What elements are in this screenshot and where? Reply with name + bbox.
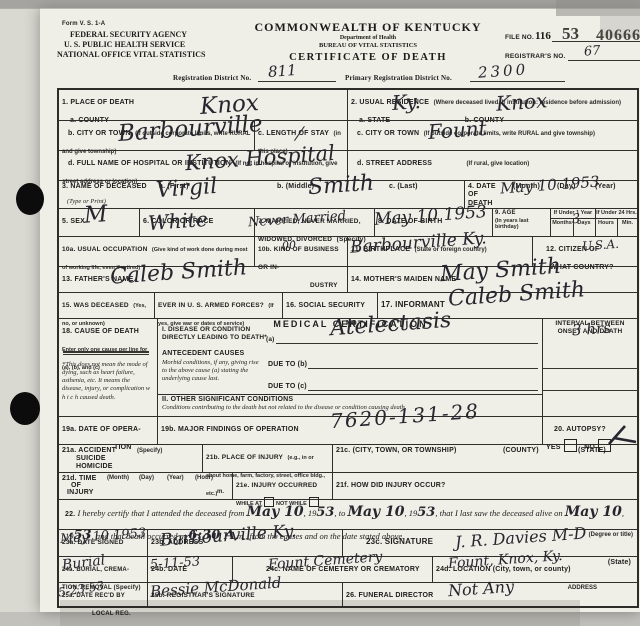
reg-district-value: 811 xyxy=(267,61,297,81)
ssn-label: 16. SOCIAL SECURITY xyxy=(286,302,365,309)
funeral-director-address-label: ADDRESS xyxy=(568,585,597,592)
field-cause-label-col: 18. CAUSE OF DEATH Enter only one cause … xyxy=(59,319,157,416)
residence-county-value: Knox xyxy=(495,88,548,116)
certify-to-year: 53 xyxy=(417,505,435,520)
street-label: d. STREET ADDRESS xyxy=(357,160,432,167)
hole-punch xyxy=(16,183,44,215)
autopsy-no-mark xyxy=(605,423,639,447)
reg-district-label: Registration District No. xyxy=(173,74,251,82)
injury-time-month: (Month) xyxy=(107,475,129,482)
operation-findings-label: 19b. MAJOR FINDINGS OF OPERATION xyxy=(161,426,299,433)
field-armed-forces: EVER IN U. S. ARMED FORCES? (If yes, giv… xyxy=(154,293,282,318)
antecedent-note: Morbid conditions, if any, giving rise t… xyxy=(162,359,262,383)
row-registrar: 25a. DATE REC'D BY LOCAL REG. 25b. REGIS… xyxy=(59,582,637,606)
injury-time-m: m. xyxy=(217,489,224,496)
age-label: 9. AGE xyxy=(495,210,547,217)
age-months-label: Months xyxy=(551,220,573,226)
bureau-subtitle: BUREAU OF VITAL STATISTICS xyxy=(228,42,508,49)
last-name-value: Smith xyxy=(307,171,375,201)
disease-label: I. DISEASE OR CONDITION xyxy=(162,326,250,334)
certify-text-5: , that I last saw the deceased xyxy=(435,508,533,518)
injury-occurred-label: 21e. INJURY OCCURRED xyxy=(236,482,317,489)
field-how-injury: 21f. HOW DID INJURY OCCUR? xyxy=(332,473,637,499)
injury-county-label: (COUNTY) xyxy=(503,447,539,455)
field-was-deceased: 15. WAS DECEASED (Yes, no, or unknown) xyxy=(59,293,154,318)
field-business: 10b. KIND OF BUSINESS OR IN- DUSTRY xyxy=(254,237,347,266)
occupation-label: 10a. USUAL OCCUPATION xyxy=(62,246,147,253)
first-name-value: Virgil xyxy=(155,174,218,203)
due-to-c-label: DUE TO (c) xyxy=(268,383,307,391)
death-certificate-scan: Form V. S. 1-A FEDERAL SECURITY AGENCY U… xyxy=(0,0,640,626)
age-under24-label: If Under 24 Hrs. xyxy=(595,210,638,216)
file-no-line xyxy=(552,41,640,42)
row-certify: 22. I hereby certify that I attended the… xyxy=(59,499,637,529)
injury-state-label: (STATE) xyxy=(578,447,606,455)
cause-footnote: *This does not mean the mode of dying, s… xyxy=(62,361,152,402)
form-number: Form V. S. 1-A xyxy=(62,21,105,28)
antecedent-label: ANTECEDENT CAUSES xyxy=(162,350,244,358)
name-last-label: c. (Last) xyxy=(389,183,418,191)
armed-forces-label: EVER IN U. S. ARMED FORCES? xyxy=(158,302,264,309)
field-age: 9. AGE (In years last birthday) If Under… xyxy=(492,209,637,236)
commonwealth-title: COMMONWEALTH OF KENTUCKY xyxy=(228,20,508,35)
registrar-no-line xyxy=(568,60,640,61)
residence-state-value: Ky. xyxy=(391,89,421,115)
primary-district-label: Primary Registration District No. xyxy=(345,74,452,82)
operation-date-label: 19a. DATE OF OPERA- xyxy=(62,426,141,433)
field-time-of-injury: 21d. TIME OF INJURY (Month) (Day) (Year)… xyxy=(59,473,232,499)
interval-value: 3 hrs xyxy=(571,319,611,340)
certify-text-6: alive on xyxy=(535,508,562,518)
row-injury-time: 21d. TIME OF INJURY (Month) (Day) (Year)… xyxy=(59,472,637,499)
informant-label: 17. INFORMANT xyxy=(381,300,445,309)
field-operation-date: 19a. DATE OF OPERA- TION xyxy=(59,417,157,444)
sex-label: 5. SEX xyxy=(62,218,85,225)
row-place-county: 1. PLACE OF DEATH a. COUNTY 2. USUAL RES… xyxy=(59,90,637,120)
burial-location-state: (State) xyxy=(608,559,631,567)
place-of-death-title: 1. PLACE OF DEATH xyxy=(62,99,134,106)
disease-label2: DIRECTLY LEADING TO DEATH* xyxy=(162,334,267,342)
scan-artifact xyxy=(0,0,640,9)
field-name-of-deceased: 3. NAME OF DECEASED (Type or Print) a. (… xyxy=(59,181,464,208)
field-accident-suicide: 21a. ACCIDENT SUICIDE HOMICIDE (Specify) xyxy=(59,445,202,472)
reg-district-line xyxy=(258,81,336,82)
injury-time-year: (Year) xyxy=(167,475,184,482)
agency-line-1: FEDERAL SECURITY AGENCY xyxy=(70,30,187,40)
autopsy-label: 20. AUTOPSY? xyxy=(554,426,606,433)
field-residence-city: c. CITY OR TOWN (If outside corporate li… xyxy=(347,121,637,150)
hole-punch xyxy=(10,392,40,425)
how-injury-label: 21f. HOW DID INJURY OCCUR? xyxy=(336,482,445,489)
signature-label: 23c. SIGNATURE xyxy=(366,537,433,546)
residence-city-label: c. CITY OR TOWN xyxy=(357,130,419,137)
certify-to-date: May 10 xyxy=(347,504,404,520)
age-hours-label: Hours xyxy=(595,220,617,226)
department-subtitle: Department of Health xyxy=(228,35,508,41)
file-no-value: 116 xyxy=(535,30,551,42)
field-certify-statement: 22. I hereby certify that I attended the… xyxy=(59,500,637,529)
citizen-value: U.S.A. xyxy=(582,237,620,254)
registrar-no-label: REGISTRAR'S NO. xyxy=(505,53,566,61)
age-note: (In years last birthday) xyxy=(495,218,547,230)
file-stamp-b: 40666 xyxy=(596,27,640,45)
name-title: 3. NAME OF DECEASED xyxy=(62,183,147,191)
residence-city-value: Fount xyxy=(427,116,487,144)
file-no-label: FILE NO. xyxy=(505,34,534,42)
was-deceased-label: 15. WAS DECEASED xyxy=(62,302,129,309)
agency-line-2: U. S. PUBLIC HEALTH SERVICE xyxy=(64,40,185,50)
certify-from-date: May 10 xyxy=(247,504,304,520)
accident-note: (Specify) xyxy=(137,448,162,455)
injury-city-label: 21c. (CITY, TOWN, OR TOWNSHIP) xyxy=(336,447,456,455)
field-place-of-injury: 21b. PLACE OF INJURY (e.g., in or about … xyxy=(202,445,332,472)
accident-label3: HOMICIDE xyxy=(76,463,113,471)
field-injury-location: 21c. (CITY, TOWN, OR TOWNSHIP) (COUNTY) … xyxy=(332,445,637,472)
date-received-label2: LOCAL REG. xyxy=(92,611,131,617)
age-hours-value: 3 xyxy=(571,212,580,228)
place-of-injury-label: 21b. PLACE OF INJURY xyxy=(206,454,283,461)
certify-no: 22. xyxy=(65,511,75,518)
certify-alive-date: May 10 xyxy=(565,504,622,520)
row-vitals: 5. SEX 6. COLOR OR RACE 7. MARRIED, NEVE… xyxy=(59,208,637,236)
race-value: White xyxy=(147,207,208,235)
primary-district-value: 2300 xyxy=(477,60,528,81)
certify-text-2: , 19 xyxy=(304,508,317,518)
funeral-director-label: 26. FUNERAL DIRECTOR xyxy=(346,592,433,599)
registrar-no-value: 67 xyxy=(583,43,601,59)
certify-from-year: 53 xyxy=(316,505,334,520)
stay-label: c. LENGTH OF STAY xyxy=(258,130,329,137)
row-injury-type: 21a. ACCIDENT SUICIDE HOMICIDE (Specify)… xyxy=(59,444,637,472)
scan-artifact xyxy=(556,0,640,16)
street-note: (If rural, give location) xyxy=(467,161,530,167)
certify-text-4: , 19 xyxy=(405,508,418,518)
agency-line-3: NATIONAL OFFICE VITAL STATISTICS xyxy=(57,50,205,60)
certificate-title: CERTIFICATE OF DEATH xyxy=(228,52,508,63)
injury-time-day: (Day) xyxy=(139,475,154,482)
certify-text-1: I hereby certify that I attended the dec… xyxy=(77,508,244,518)
signature-degree-note: (Degree or title) xyxy=(589,532,633,539)
business-value: 00 xyxy=(282,239,297,253)
cause-title: 18. CAUSE OF DEATH xyxy=(62,328,139,335)
field-autopsy: 20. AUTOPSY? YES NO xyxy=(542,417,637,444)
due-to-b-label: DUE TO (b) xyxy=(268,361,307,369)
sex-value: M xyxy=(83,201,108,229)
age-min-label: Min. xyxy=(617,220,638,226)
disease-sub: (a) xyxy=(266,336,275,344)
injury-time-label3: INJURY xyxy=(67,489,94,497)
injury-time-hour: (Hour) xyxy=(195,475,213,482)
field-injury-occurred: 21e. INJURY OCCURRED WHILE ATNOT WHILE xyxy=(232,473,332,499)
certify-text-3: , to xyxy=(334,508,345,518)
